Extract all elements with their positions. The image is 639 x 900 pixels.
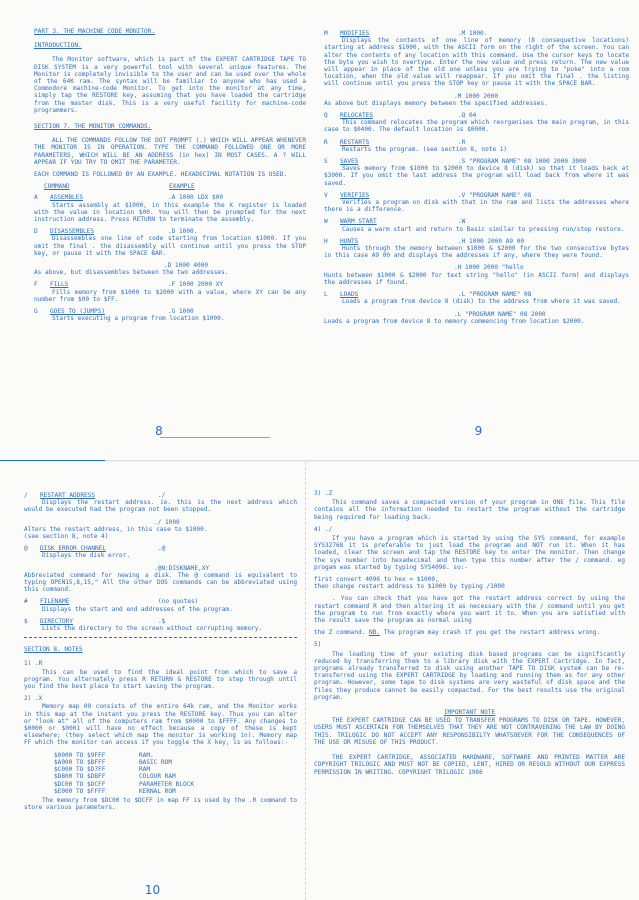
command-key: V bbox=[324, 192, 334, 199]
command-description-2: As above but displays memory between the… bbox=[324, 100, 629, 107]
command-example-2: .L "PROGRAM NAME" 08 2000 bbox=[324, 311, 629, 318]
command-description-2: Abbreviated command for newing a disk. T… bbox=[24, 572, 297, 594]
command-example: .L "PROGRAM NAME" 08 bbox=[458, 291, 531, 298]
command-description-2: Loads a program from device 8 to memory … bbox=[324, 318, 629, 325]
command-description: Displays the start and end addresses of … bbox=[24, 606, 297, 613]
command-name: GOES TO (JUMPS) bbox=[50, 308, 168, 315]
command-example: .Q 04 bbox=[458, 112, 476, 119]
command-entry: AASSEMBLES.A 1000 LDX $00Starts assembly… bbox=[34, 194, 306, 223]
command-entry: /RESTART ADDRESS./Displays the restart a… bbox=[24, 492, 297, 540]
command-description: Fills memory from $1000 to $2000 with a … bbox=[34, 289, 306, 303]
copyright-text: THE EXPERT CARTRIDGE, ASSOCIATED HARDWAR… bbox=[314, 754, 625, 776]
command-entry: #FILENAME(no quotes)Displays the start a… bbox=[24, 598, 297, 612]
intro-text: The Monitor software, which is part of t… bbox=[34, 56, 306, 114]
note1-heading: 1) .R bbox=[24, 660, 297, 667]
command-row: HHUNTS.H 1000 2000 A9 00 bbox=[324, 238, 629, 245]
command-name: LOADS bbox=[340, 291, 458, 298]
memory-range: $DC00 TO $DCFF bbox=[54, 781, 139, 788]
command-row: FFILLS.F 1000 2000 XY bbox=[34, 281, 306, 288]
command-description-2: Hunts between $1000 & $2000 for text str… bbox=[324, 272, 629, 286]
command-entry: @DISK ERROR CHANNEL.@Displays the disk e… bbox=[24, 545, 297, 593]
section7-intro: ALL THE COMMANDS FOLLOW THE DOT PROMPT (… bbox=[34, 137, 306, 166]
memory-range: $C000 TO $D7FF bbox=[54, 766, 139, 773]
command-row: DDISASSEMBLES.D 1000. bbox=[34, 228, 306, 235]
command-description: Lists the directory to the screen withou… bbox=[24, 625, 297, 632]
command-row: SSAVES.S "PROGRAM NAME" 08 1000 2000 300… bbox=[324, 158, 629, 165]
memory-range: $D800 TO $DBFF bbox=[54, 773, 139, 780]
command-name: VERIFIES bbox=[340, 192, 458, 199]
command-name: FILLS bbox=[50, 281, 168, 288]
command-row: AASSEMBLES.A 1000 LDX $00 bbox=[34, 194, 306, 201]
note5-text: The loading time of your existing disk b… bbox=[314, 651, 625, 701]
command-description: Starts executing a program from location… bbox=[34, 315, 306, 322]
page-11: 3) .Z This command saves a compacted ver… bbox=[305, 462, 639, 900]
command-row: VVERIFIES.V "PROGRAM NAME" 08 bbox=[324, 192, 629, 199]
command-example: .S "PROGRAM NAME" 08 1000 2000 3000 bbox=[458, 158, 586, 165]
command-description: Restarts the program. (see section 8, no… bbox=[324, 146, 629, 153]
col-example: EXAMPLE bbox=[169, 183, 195, 190]
note3-text: This command saves a compacted version o… bbox=[314, 499, 625, 521]
notation-note: EACH COMMAND IS FOLLOWED BY AN EXAMPLE. … bbox=[34, 171, 306, 178]
command-name: FILENAME bbox=[40, 598, 158, 605]
command-list: AASSEMBLES.A 1000 LDX $00Starts assembly… bbox=[34, 194, 306, 322]
memory-use: KERNAL ROM bbox=[139, 788, 176, 795]
command-entry: $DIRECTORY.$Lists the directory to the s… bbox=[24, 618, 297, 632]
command-row: WWARM START.W bbox=[324, 218, 629, 225]
memory-map-row: $E000 TO $FFFFKERNAL ROM bbox=[24, 788, 297, 795]
command-key: G bbox=[34, 308, 44, 315]
command-key: F bbox=[34, 281, 44, 288]
command-example: .R bbox=[458, 139, 465, 146]
intro-heading: INTRODUCTION. bbox=[34, 42, 306, 49]
command-example: .V "PROGRAM NAME" 08 bbox=[458, 192, 531, 199]
command-entry: RRESTARTS.RRestarts the program. (see se… bbox=[324, 139, 629, 153]
memory-map-row: $C000 TO $D7FFRAM bbox=[24, 766, 297, 773]
command-example: .F 1000 2000 XY bbox=[168, 281, 223, 288]
command-name: DIRECTORY bbox=[40, 618, 158, 625]
command-name: SAVES bbox=[340, 158, 458, 165]
command-name: WARM START bbox=[340, 218, 458, 225]
command-key: # bbox=[24, 598, 34, 605]
page-number: 8 bbox=[0, 428, 318, 435]
command-row: #FILENAME(no quotes) bbox=[24, 598, 297, 605]
command-example-2: .@N:DISKNAME,XY bbox=[24, 565, 297, 572]
command-entry: DDISASSEMBLES.D 1000.Disassembles one li… bbox=[34, 228, 306, 276]
memory-use: PARAMETER BLOCK bbox=[139, 781, 194, 788]
command-key: R bbox=[324, 139, 334, 146]
note4-convert: first convert 4096 to hex = $1000, bbox=[314, 576, 625, 583]
command-example-2: .H 1000 2000 "hello bbox=[324, 264, 629, 271]
page-10: /RESTART ADDRESS./Displays the restart a… bbox=[0, 462, 305, 900]
command-entry: LLOADS.L "PROGRAM NAME" 08Loads a progra… bbox=[324, 291, 629, 325]
command-description: Saves memory from $1000 to $2000 to devi… bbox=[324, 165, 629, 187]
command-example: .@ bbox=[158, 545, 165, 552]
command-entry: GGOES TO (JUMPS).G 1000Starts executing … bbox=[34, 308, 306, 322]
command-description: Loads a program from device 8 (disk) to … bbox=[324, 298, 629, 305]
note2-tail: The memory from $DC00 to $DCFF in map FF… bbox=[24, 797, 297, 811]
command-example: (no quotes) bbox=[158, 598, 198, 605]
command-description: Starts assembly at $1000, in this exampl… bbox=[34, 202, 306, 224]
page-number: 10 bbox=[0, 887, 305, 894]
command-example: .M 1000. bbox=[458, 30, 487, 37]
command-example: .A 1000 LDX $00 bbox=[168, 194, 223, 201]
command-row: MMODIFIES.M 1000. bbox=[324, 30, 629, 37]
memory-range: $A000 TO $BFFF bbox=[54, 759, 139, 766]
command-entry: SSAVES.S "PROGRAM NAME" 08 1000 2000 300… bbox=[324, 158, 629, 187]
command-key: M bbox=[324, 30, 334, 37]
command-name: RESTART ADDRESS bbox=[40, 492, 158, 499]
command-row: GGOES TO (JUMPS).G 1000 bbox=[34, 308, 306, 315]
note5-heading: 5) bbox=[314, 641, 625, 648]
note1-text: This can be used to find the ideal point… bbox=[24, 669, 297, 691]
command-key: W bbox=[324, 218, 334, 225]
command-entry: FFILLS.F 1000 2000 XYFills memory from $… bbox=[34, 281, 306, 303]
memory-map-row: $A000 TO $BFFFBASIC ROM bbox=[24, 759, 297, 766]
important-heading: IMPORTANT NOTE bbox=[314, 709, 625, 716]
note4-warning: the Z command. NB. The program may crash… bbox=[314, 629, 625, 636]
command-key: S bbox=[324, 158, 334, 165]
command-key: A bbox=[34, 194, 44, 201]
memory-use: BASIC ROM bbox=[139, 759, 172, 766]
command-key: H bbox=[324, 238, 334, 245]
command-example-2: ./ 1000 bbox=[24, 519, 297, 526]
command-entry: VVERIFIES.V "PROGRAM NAME" 08Verifies a … bbox=[324, 192, 629, 214]
command-name: MODIFIES bbox=[340, 30, 458, 37]
memory-map-row: $D800 TO $DBFFCOLOUR RAM bbox=[24, 773, 297, 780]
command-row: RRESTARTS.R bbox=[324, 139, 629, 146]
command-name: HUNTS bbox=[340, 238, 458, 245]
note4-text: If you have a program which is started b… bbox=[314, 535, 625, 571]
command-description: Displays the contents of one line of mem… bbox=[324, 37, 629, 87]
col-command: COMMAND bbox=[44, 183, 169, 190]
command-example: .H 1000 2000 A9 00 bbox=[458, 238, 524, 245]
command-entry: MMODIFIES.M 1000.Displays the contents o… bbox=[324, 30, 629, 107]
part-title: PART 3. THE MACHINE CODE MONITOR. bbox=[34, 28, 306, 35]
command-key: Q bbox=[324, 112, 334, 119]
command-description-2: Alters the restart address, in this case… bbox=[24, 526, 297, 540]
command-list: MMODIFIES.M 1000.Displays the contents o… bbox=[324, 30, 629, 325]
command-entry: HHUNTS.H 1000 2000 A9 00Hunts through th… bbox=[324, 238, 629, 286]
command-key: @ bbox=[24, 545, 34, 552]
command-description: Hunts through the memory between $1000 &… bbox=[324, 245, 629, 259]
note4-check: . You can check that you have got the re… bbox=[314, 595, 625, 624]
command-example: .W bbox=[458, 218, 465, 225]
memory-use: RAM bbox=[139, 766, 150, 773]
command-example: ./ bbox=[158, 492, 165, 499]
page-9: MMODIFIES.M 1000.Displays the contents o… bbox=[318, 0, 639, 460]
command-entry: WWARM START.WCauses a warm start and ret… bbox=[324, 218, 629, 232]
command-example-2: .D 1000 4000 bbox=[34, 262, 306, 269]
memory-range: $0000 TO $9FFF bbox=[54, 752, 139, 759]
section7-heading: SECTION 7. THE MONITOR COMMANDS. bbox=[34, 123, 306, 130]
memory-map-table: $0000 TO $9FFFRAM.$A000 TO $BFFFBASIC RO… bbox=[24, 752, 297, 795]
command-name: RELOCATES bbox=[340, 112, 458, 119]
command-key: D bbox=[34, 228, 44, 235]
memory-use: RAM. bbox=[139, 752, 154, 759]
memory-use: COLOUR RAM bbox=[139, 773, 176, 780]
command-row: @DISK ERROR CHANNEL.@ bbox=[24, 545, 297, 552]
page-number: 9 bbox=[318, 428, 639, 435]
memory-map-row: $DC00 TO $DCFFPARAMETER BLOCK bbox=[24, 781, 297, 788]
note2-text: Memory map 00 consists of the entire 64k… bbox=[24, 703, 297, 746]
memory-range: $E000 TO $FFFF bbox=[54, 788, 139, 795]
command-description: Verifies a program on disk with that in … bbox=[324, 199, 629, 213]
command-name: RESTARTS bbox=[340, 139, 458, 146]
command-key: $ bbox=[24, 618, 34, 625]
command-name: ASSEMBLES bbox=[50, 194, 168, 201]
command-description: This command relocates the program which… bbox=[324, 119, 629, 133]
note4-heading: 4) ./ bbox=[314, 526, 625, 533]
section8-heading: SECTION 8. NOTES bbox=[24, 646, 297, 653]
command-example-2: .M 1000 2000 bbox=[324, 93, 629, 100]
command-row: $DIRECTORY.$ bbox=[24, 618, 297, 625]
command-list: /RESTART ADDRESS./Displays the restart a… bbox=[24, 492, 297, 632]
page-8: PART 3. THE MACHINE CODE MONITOR. INTROD… bbox=[0, 0, 318, 460]
important-text: THE EXPERT CARTRIDGE CAN BE USED TO TRAN… bbox=[314, 717, 625, 746]
command-name: DISK ERROR CHANNEL bbox=[40, 545, 158, 552]
command-description: Causes a warm start and return to Basic … bbox=[324, 226, 629, 233]
command-row: LLOADS.L "PROGRAM NAME" 08 bbox=[324, 291, 629, 298]
command-description: Disassembles one line of code starting f… bbox=[34, 235, 306, 257]
note3-heading: 3) .Z bbox=[314, 490, 625, 497]
command-description: Displays the disk error. bbox=[24, 552, 297, 559]
command-example: .D 1000. bbox=[168, 228, 197, 235]
command-name: DISASSEMBLES bbox=[50, 228, 168, 235]
command-description: Displays the restart address. ie. this i… bbox=[24, 499, 297, 513]
command-key: L bbox=[324, 291, 334, 298]
command-entry: QRELOCATES.Q 04This command relocates th… bbox=[324, 112, 629, 134]
command-description-2: As above, but disassembles between the t… bbox=[34, 269, 306, 276]
command-example: .$ bbox=[158, 618, 165, 625]
command-example: .G 1000 bbox=[168, 308, 194, 315]
nb-label: NB. bbox=[369, 629, 380, 636]
memory-map-row: $0000 TO $9FFFRAM. bbox=[24, 752, 297, 759]
command-row: /RESTART ADDRESS./ bbox=[24, 492, 297, 499]
note2-heading: 2) .X bbox=[24, 695, 297, 702]
note4-change: then change restart address to $1000 by … bbox=[314, 583, 625, 590]
command-key: / bbox=[24, 492, 34, 499]
command-row: QRELOCATES.Q 04 bbox=[324, 112, 629, 119]
